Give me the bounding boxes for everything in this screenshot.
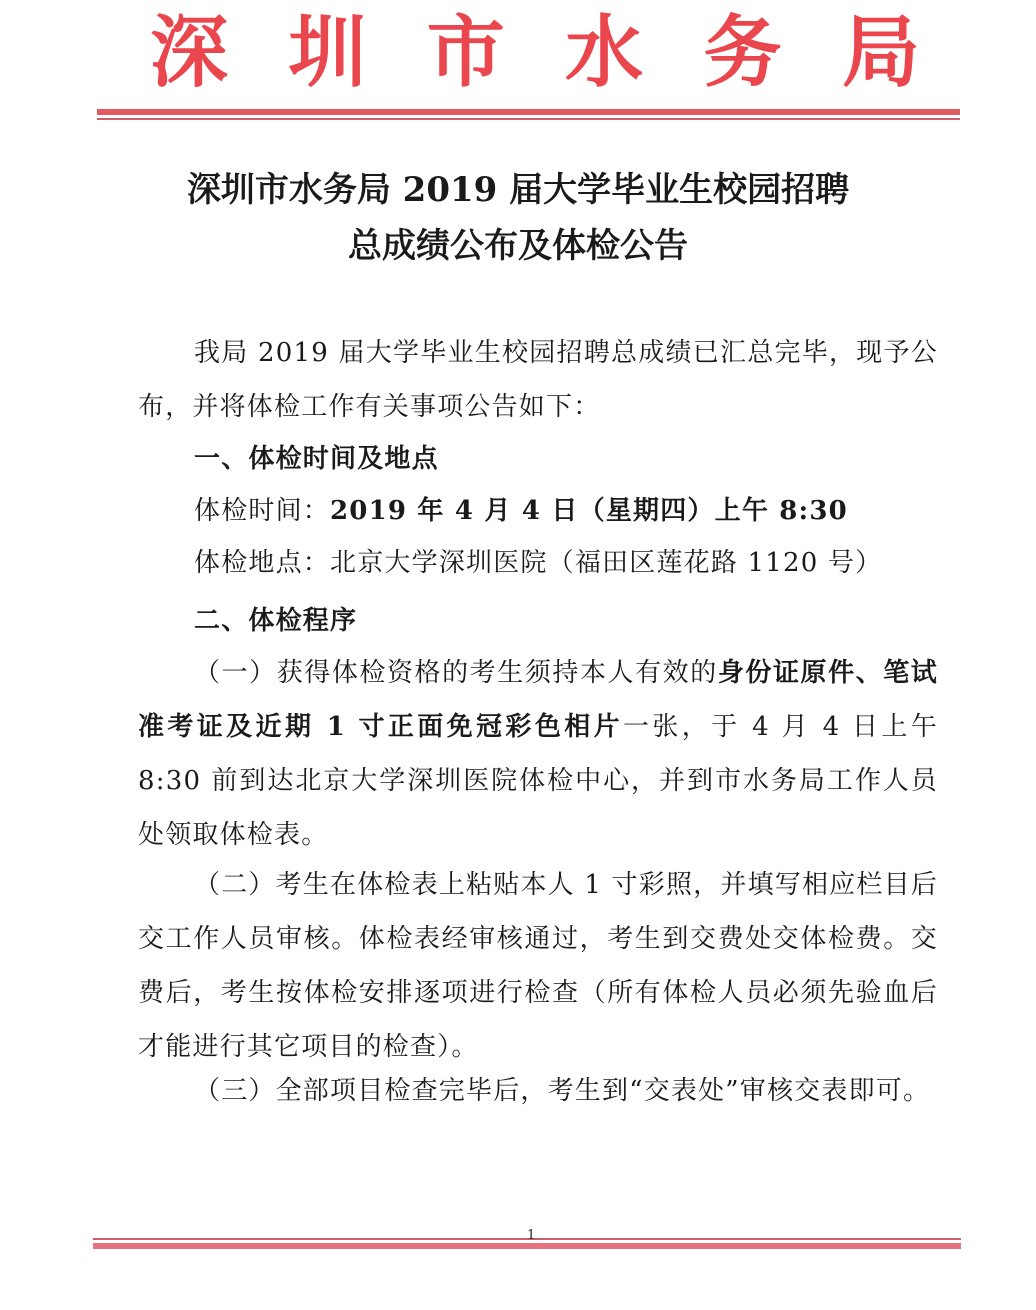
document-title-line2: 总成绩公布及体检公告 <box>100 218 936 274</box>
header-rule-thick <box>97 109 960 115</box>
document-title-line1: 深圳市水务局 2019 届大学毕业生校园招聘 <box>100 162 936 218</box>
exam-place-value: 北京大学深圳医院（福田区莲花路 1120 号） <box>330 548 882 578</box>
section-heading: 二、体检程序 <box>194 606 357 636</box>
footer-rule-thick <box>93 1243 961 1249</box>
section-heading: 一、体检时间及地点 <box>194 444 439 474</box>
masthead: 深 圳 市 水 务 局 <box>150 8 920 98</box>
exam-time-value: 2019 年 4 月 4 日（星期四）上午 8:30 <box>330 496 848 526</box>
exam-time-label: 体检时间： <box>194 496 330 526</box>
masthead-char: 市 <box>427 14 505 92</box>
procedure-item-3: （三）全部项目检查完毕后，考生到“交表处”审核交表即可。 <box>138 1064 938 1118</box>
masthead-char: 局 <box>842 14 920 92</box>
exam-place: 体检地点：北京大学深圳医院（福田区莲花路 1120 号） <box>194 536 934 590</box>
intro-paragraph: 我局 2019 届大学毕业生校园招聘总成绩已汇总完毕，现予公布，并将体检工作有关… <box>138 326 938 434</box>
procedure-item-2: （二）考生在体检表上粘贴本人 1 寸彩照，并填写相应栏目后交工作人员审核。体检表… <box>138 858 938 1074</box>
exam-time: 体检时间：2019 年 4 月 4 日（星期四）上午 8:30 <box>194 484 934 538</box>
masthead-char: 深 <box>150 14 228 92</box>
masthead-char: 务 <box>704 14 782 92</box>
section1-heading: 一、体检时间及地点 <box>194 432 934 486</box>
procedure-item-1: （一）获得体检资格的考生须持本人有效的身份证原件、笔试准考证及近期 1 寸正面免… <box>138 646 938 862</box>
masthead-char: 水 <box>565 14 643 92</box>
section2-heading: 二、体检程序 <box>194 594 934 648</box>
page-number: 1 <box>527 1228 535 1243</box>
header-rule-thin <box>97 118 960 120</box>
item1-text: （一）获得体检资格的考生须持本人有效的 <box>194 658 718 688</box>
exam-place-label: 体检地点： <box>194 548 330 578</box>
masthead-char: 圳 <box>288 14 366 92</box>
